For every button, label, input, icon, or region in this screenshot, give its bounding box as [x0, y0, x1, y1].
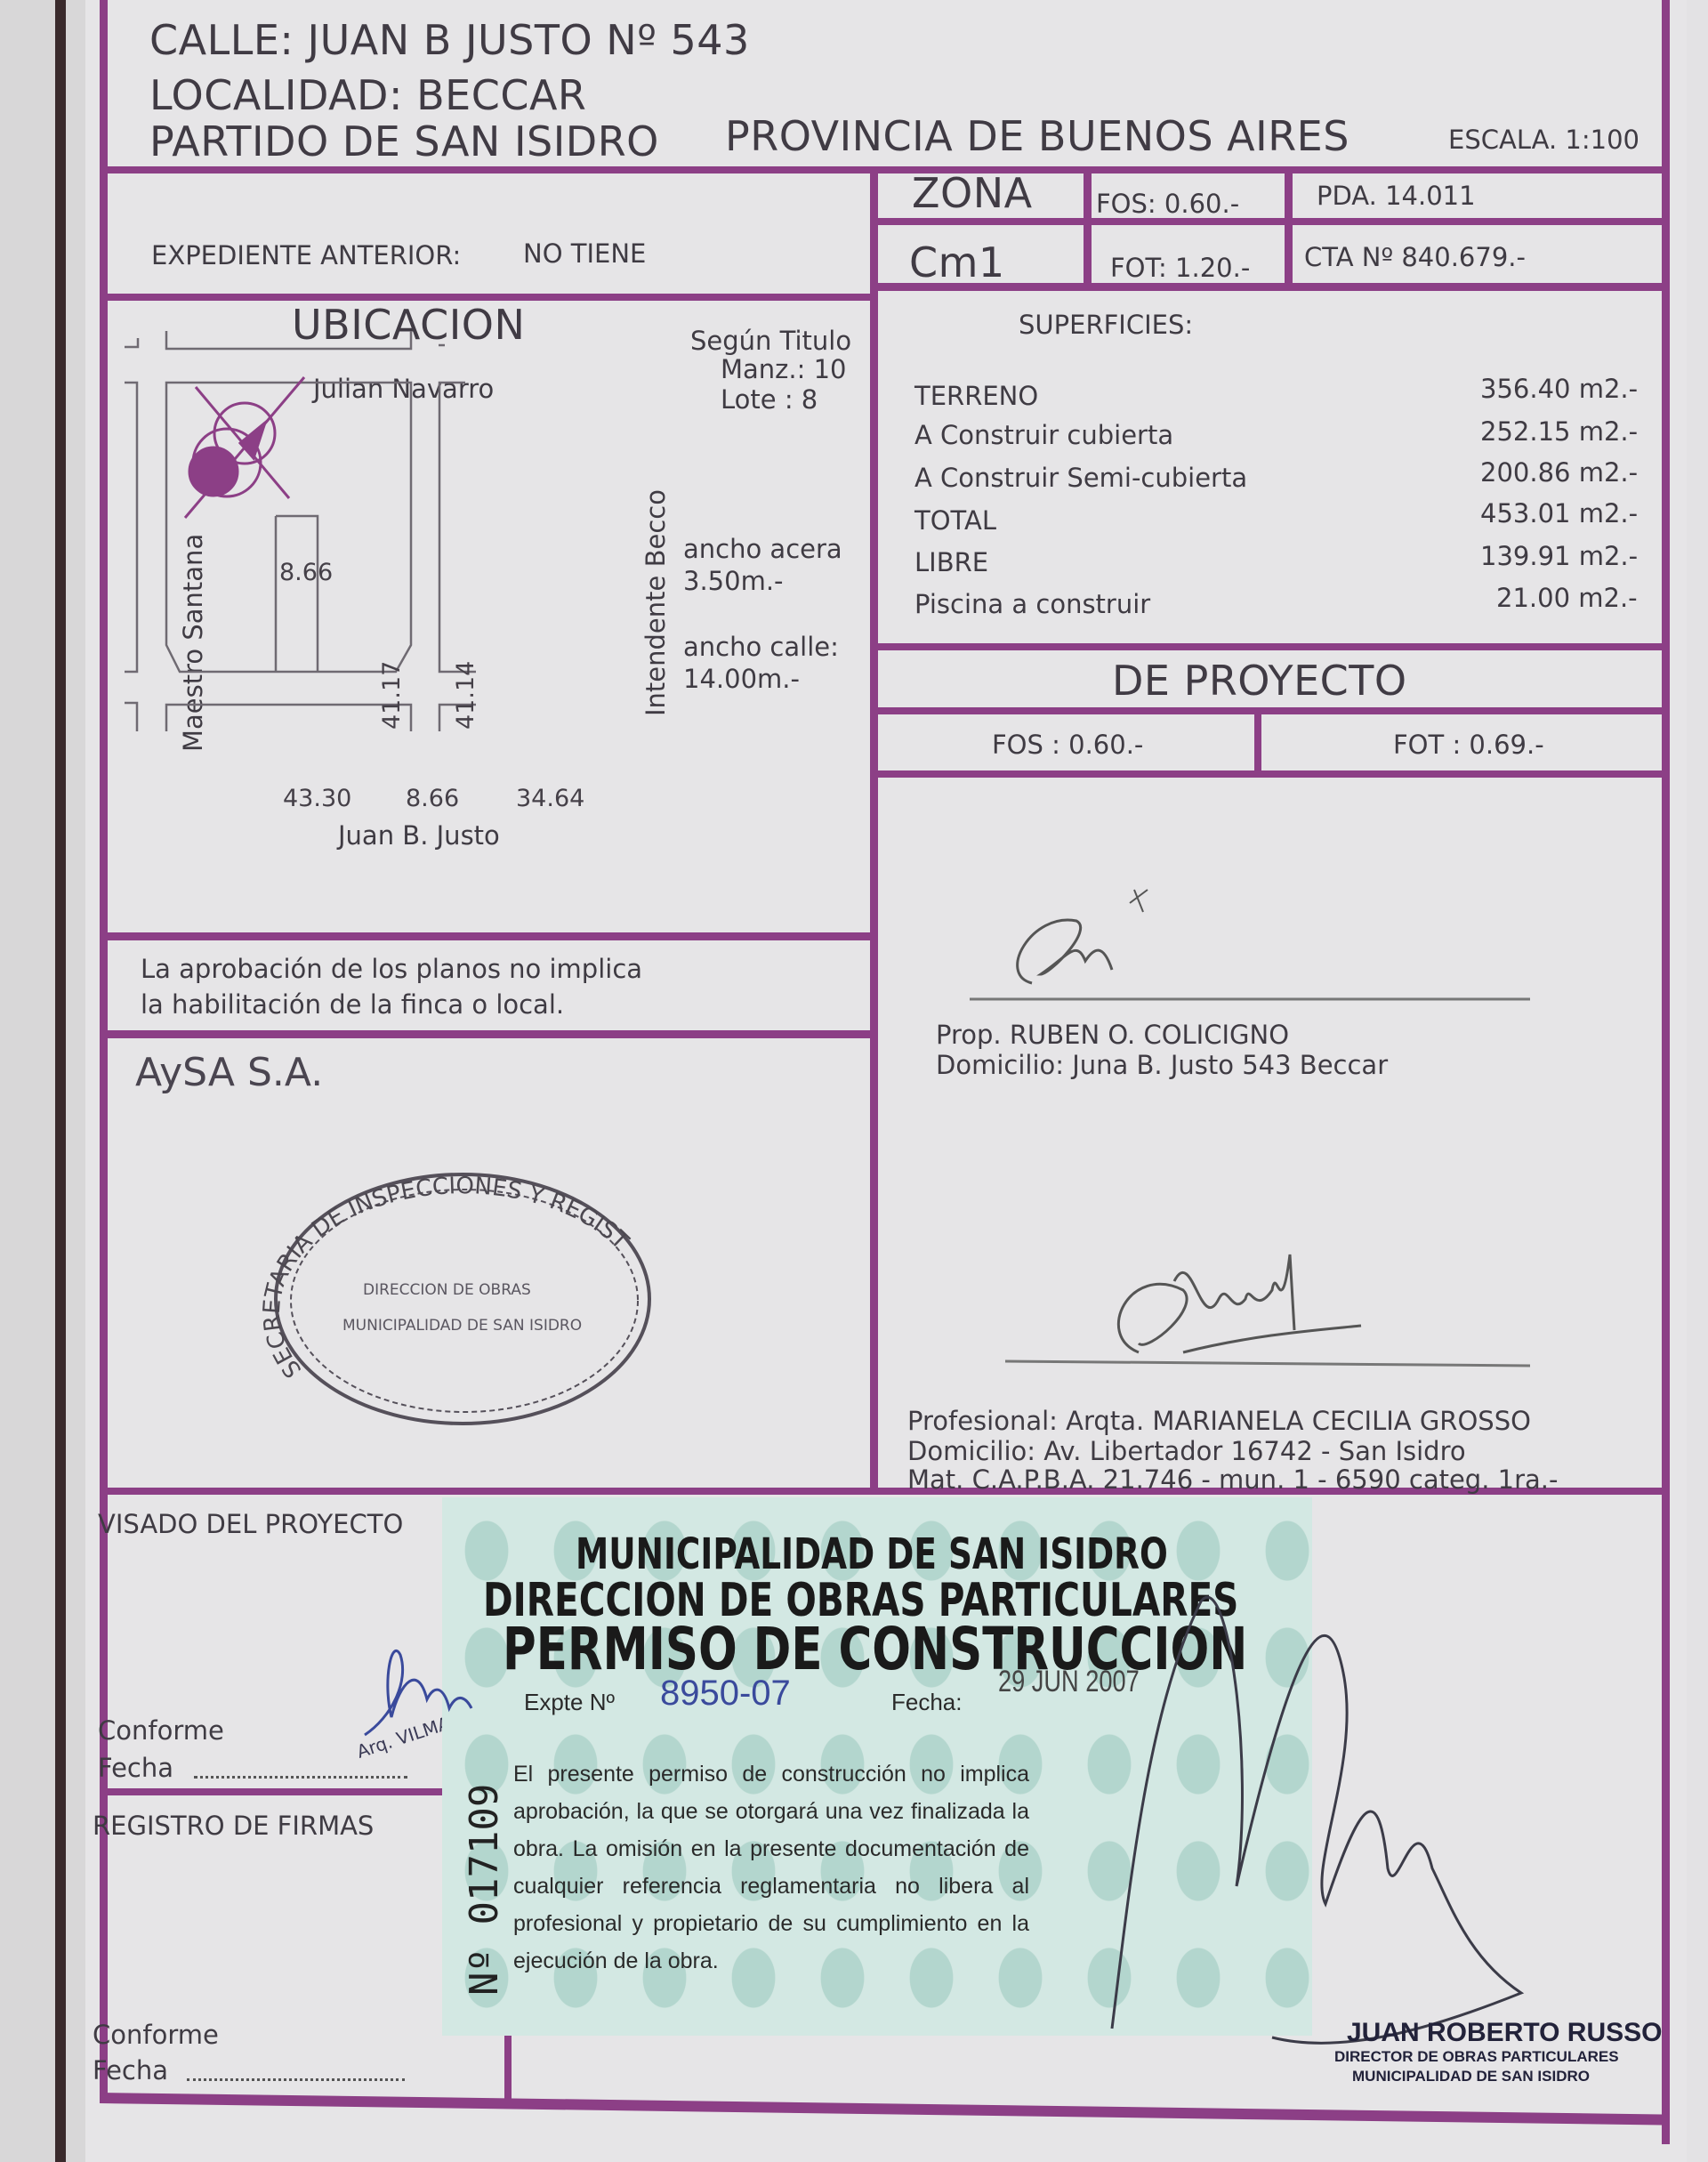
director-signature — [1094, 1530, 1592, 2064]
permit-municipality: MUNICIPALIDAD DE SAN ISIDRO — [576, 1529, 1168, 1579]
svg-text:SECRETARIA DE INSPECCIONES Y R: SECRETARIA DE INSPECCIONES Y REGISTROS U… — [258, 1136, 634, 1383]
cuenta: CTA Nº 840.679.- — [1304, 242, 1526, 272]
expediente-value: NO TIENE — [523, 238, 646, 269]
proyecto-fot: FOT : 0.69.- — [1393, 730, 1544, 760]
dim-top: 8.66 — [279, 559, 333, 586]
address-street: CALLE: JUAN B JUSTO Nº 543 — [149, 16, 750, 64]
aprobacion-note-line1: La aprobación de los planos no implica — [141, 954, 642, 984]
visado-conforme: Conforme — [98, 1715, 224, 1746]
permit-fecha-label: Fecha: — [891, 1689, 963, 1716]
proyecto-fos: FOS : 0.60.- — [992, 730, 1143, 760]
professional-address: Domicilio: Av. Libertador 16742 - San Is… — [907, 1436, 1466, 1466]
frame-header-line — [100, 166, 1670, 173]
permit-serial-number: Nº 017109 — [462, 1784, 507, 1996]
visado-title: VISADO DEL PROYECTO — [98, 1509, 403, 1539]
aysa-label: AySA S.A. — [135, 1050, 323, 1095]
frame-zona-col2 — [1285, 166, 1293, 286]
dim-bottom-right: 34.64 — [516, 785, 584, 812]
frame-proy-bottom — [878, 707, 1670, 714]
sup-row-value: 252.15 m2.- — [1480, 416, 1638, 447]
registro-title: REGISTRO DE FIRMAS — [93, 1811, 374, 1841]
frame-right — [1662, 0, 1670, 2144]
sup-row-label: TERRENO — [914, 381, 1038, 411]
dim-bottom-mid: 8.66 — [406, 785, 459, 812]
professional-signature — [1005, 1228, 1557, 1370]
sup-row-value: 356.40 m2.- — [1480, 374, 1638, 404]
director-title: DIRECTOR DE OBRAS PARTICULARES — [1334, 2048, 1619, 2066]
frame-note-bottom — [100, 1030, 874, 1038]
professional-name: Profesional: Arqta. MARIANELA CECILIA GR… — [907, 1406, 1531, 1436]
permit-expte-value: 8950-07 — [660, 1674, 791, 1714]
sup-row-value: 200.86 m2.- — [1480, 457, 1638, 488]
permit-body-text: El presente permiso de construcción no i… — [513, 1755, 1029, 1980]
sup-row-value: 453.01 m2.- — [1480, 498, 1638, 528]
zona-fos: FOS: 0.60.- — [1096, 189, 1239, 219]
sup-row-label: A Construir Semi-cubierta — [914, 463, 1247, 493]
address-locality: LOCALIDAD: BECCAR — [149, 71, 586, 119]
dim-left-side: 41.17 — [378, 661, 406, 730]
sup-row-value: 21.00 m2.- — [1496, 583, 1638, 613]
frame-registro-col — [504, 2029, 512, 2104]
owner-name: Prop. RUBEN O. COLICIGNO — [936, 1020, 1289, 1050]
seal-line1: DIRECCION DE OBRAS — [363, 1281, 531, 1299]
zona-value: Cm1 — [909, 238, 1005, 286]
aprobacion-note-line2: la habilitación de la finca o local. — [141, 989, 564, 1020]
dim-right-side: 41.14 — [452, 661, 479, 730]
seal-line2: MUNICIPALIDAD DE SAN ISIDRO — [342, 1317, 582, 1335]
sup-row-value: 139.91 m2.- — [1480, 541, 1638, 571]
sup-row-label: A Construir cubierta — [914, 420, 1173, 450]
zona-label: ZONA — [912, 169, 1033, 217]
seal-outer-text: SECRETARIA DE INSPECCIONES Y REGISTROS U… — [258, 1136, 634, 1383]
visado-signature — [267, 1628, 534, 1806]
partida: PDA. 14.011 — [1317, 181, 1476, 211]
sup-row-label: TOTAL — [914, 505, 996, 536]
scale-label: ESCALA. 1:100 — [1448, 125, 1640, 155]
registro-fecha: Fecha — [93, 2055, 168, 2085]
professional-matricula: Mat. C.A.P.B.A. 21.746 - mun. 1 - 6590 c… — [907, 1464, 1558, 1495]
director-name: JUAN ROBERTO RUSSO — [1347, 2018, 1663, 2048]
sup-row-label: Piscina a construir — [914, 589, 1150, 619]
frame-sup-bottom — [878, 643, 1670, 650]
visado-fecha: Fecha — [98, 1753, 173, 1783]
proyecto-title: DE PROYECTO — [1112, 657, 1407, 705]
dim-bottom-left: 43.30 — [283, 785, 351, 812]
permit-expte-label: Expte Nº — [524, 1689, 615, 1716]
address-partido: PARTIDO DE SAN ISIDRO — [149, 117, 659, 165]
owner-signature — [996, 876, 1406, 1001]
registro-conforme: Conforme — [93, 2020, 219, 2050]
address-provincia: PROVINCIA DE BUENOS AIRES — [725, 112, 1349, 160]
page-edge-line — [55, 0, 66, 2162]
frame-zona-mid — [878, 218, 1670, 225]
site-plan-drawing — [89, 294, 872, 934]
owner-address: Domicilio: Juna B. Justo 543 Beccar — [936, 1050, 1388, 1080]
frame-zona-col1 — [1084, 166, 1092, 286]
frame-proy-col — [1254, 707, 1261, 774]
zona-fot: FOT: 1.20.- — [1110, 253, 1250, 283]
director-org: MUNICIPALIDAD DE SAN ISIDRO — [1352, 2068, 1590, 2085]
registro-fecha-field[interactable] — [187, 2078, 405, 2081]
frame-fos-bottom — [878, 770, 1670, 778]
sup-row-label: LIBRE — [914, 547, 988, 577]
expediente-label: EXPEDIENTE ANTERIOR: — [151, 240, 461, 270]
superficies-title: SUPERFICIES: — [1019, 310, 1193, 340]
